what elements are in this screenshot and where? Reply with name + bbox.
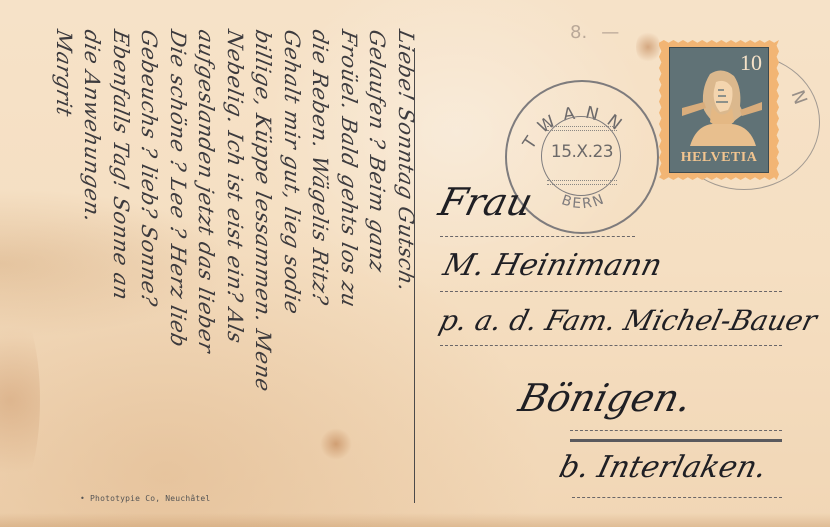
postmark-ridge-top: [547, 126, 617, 131]
address-rule-5: [572, 497, 782, 498]
message-line: Froüel. Bald gehts los zu: [335, 27, 364, 513]
message-line: billige, Küppe lessammen. Mene: [249, 27, 278, 513]
pencil-dash: —: [601, 22, 619, 43]
postmark-secondary-letter: N: [786, 88, 810, 108]
postmark-ridge-bottom: [547, 180, 617, 185]
address-line-salutation: Frau: [435, 180, 538, 224]
handwritten-message: Liebe! Sonntag Gutsch.Gelaufen ? Beim ga…: [10, 30, 420, 510]
address-rule-3: [440, 345, 782, 346]
postage-stamp: 10 HELVETIA: [659, 40, 779, 180]
stamp-frame: 10 HELVETIA: [669, 47, 769, 173]
paper-stain: [636, 30, 660, 64]
postcard-back: Liebe! Sonntag Gutsch.Gelaufen ? Beim ga…: [0, 0, 830, 527]
message-line: Nebelig. Ich ist eist ein? Als: [221, 27, 250, 513]
message-line: Margrit: [50, 27, 79, 513]
pencil-note: 8.—: [570, 22, 619, 43]
pencil-number: 8.: [570, 22, 587, 43]
message-line: Liebe! Sonntag Gutsch.: [392, 27, 421, 513]
message-area: Liebe! Sonntag Gutsch.Gelaufen ? Beim ga…: [0, 0, 415, 527]
message-line: Ebenfalls Tag! Sonne an: [107, 27, 136, 513]
address-rule-2: [440, 291, 782, 292]
message-line: Gehalt mir gut, lieg sodie: [278, 27, 307, 513]
address-rule-4-underline: [570, 439, 782, 442]
stamp-country-band: HELVETIA: [674, 148, 764, 168]
address-rule-4: [570, 430, 782, 431]
address-line-town: Bönigen.: [515, 376, 697, 420]
center-divider-line: [414, 48, 415, 503]
printer-mark: • Phototypie Co, Neuchâtel: [80, 494, 210, 503]
message-line: Die schöne ? Lee ? Herz lieb: [164, 27, 193, 513]
message-line: aufgeslanden jetzt das lieber: [192, 27, 221, 513]
message-line: die Anwehungen.: [78, 27, 107, 513]
message-line: die Reben. Wägelis Ritz?: [306, 27, 335, 513]
address-line-region: b. Interlaken.: [556, 450, 771, 485]
william-tell-portrait-icon: [682, 66, 762, 146]
stamp-country: HELVETIA: [676, 150, 762, 166]
message-line: Gelaufen ? Beim ganz: [363, 27, 392, 513]
stamp-denomination: 10: [740, 52, 762, 74]
address-line-name: M. Heinimann: [440, 248, 666, 283]
address-line-care-of: p. a. d. Fam. Michel-Bauer: [436, 304, 820, 337]
postmark-date: 15.X.23: [507, 142, 657, 162]
message-line: Gebeuchs ? lieb? Sonne?: [135, 27, 164, 513]
address-rule-1: [440, 236, 635, 237]
